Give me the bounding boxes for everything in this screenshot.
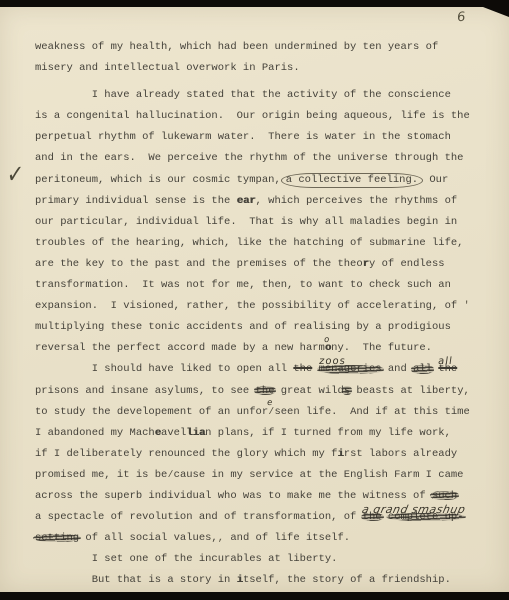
typed-line: I have already stated that the activity … [35, 85, 499, 106]
typed-line: peritoneum, which is our cosmic tympan,a… [35, 170, 499, 191]
typed-segment: beasts at liberty, [350, 385, 470, 397]
typed-line: I set one of the incurables at liberty. [35, 549, 499, 570]
typed-segment: prisons and insane asylums, to see [35, 385, 256, 397]
page-number: 6 [456, 10, 466, 25]
typed-segment: seen life. And if at this time [274, 406, 469, 418]
typed-line: But that is a story in itself, the story… [35, 570, 499, 591]
typed-segment: great wild [274, 385, 343, 397]
typed-line: promised me, it is be∕cause in my servic… [35, 465, 499, 486]
crossed-out-word: setting [35, 532, 79, 544]
typed-segment: y of endless [369, 258, 445, 270]
typed-segment: ear [237, 195, 256, 207]
typed-segment: and [382, 363, 414, 375]
typed-line: a spectacle of revolution and of transfo… [35, 507, 499, 528]
typed-segment: peritoneum, which is our cosmic tympan, [35, 174, 281, 186]
typed-segment: is a congenital hallucination. Our origi… [35, 110, 470, 122]
typed-segment: avel [161, 427, 186, 439]
typed-segment: perpetual rhythm of lukewarm water. Ther… [35, 131, 451, 143]
typed-segment: of all social values, [79, 532, 218, 544]
manuscript-page: 6 weakness of my health, which had been … [0, 7, 509, 592]
typed-segment: across the superb individual who was to … [35, 490, 432, 502]
typed-segment: primary individual sense is the [35, 195, 237, 207]
handwritten-annotation: all [438, 357, 454, 367]
crossed-out-word: the [256, 385, 275, 397]
typed-line: expansion. I visioned, rather, the possi… [35, 296, 499, 317]
typed-segment: n plans, if I turned from my life work, [205, 427, 451, 439]
typed-segment: to study the developement of an unfor [35, 406, 268, 418]
annotated-segment: zoosmenageries [319, 363, 382, 375]
typed-line: transformation. It was not for me, then,… [35, 275, 499, 296]
typed-segment: rst labors already [344, 448, 457, 460]
typed-segment: cause in my service at the English Farm … [174, 469, 464, 481]
typed-segment: , which perceives the rhythms of [256, 195, 458, 207]
paper-corner-cut [483, 7, 509, 17]
photo-background: 6 weakness of my health, which had been … [0, 0, 509, 600]
typed-line: and in the ears. We perceive the rhythm … [35, 148, 499, 169]
circled-phrase: a collective feeling. [281, 173, 423, 188]
typed-segment: reversal the perfect accord made by a ne… [35, 342, 325, 354]
margin-checkmark: ✓ [6, 161, 24, 187]
crossed-out-word: complete up- [388, 511, 464, 523]
typed-segment: troubles of the hearing, which, like the… [35, 237, 463, 249]
typed-segment: weakness of my health, which had been un… [35, 41, 438, 53]
crossed-out-word: all [413, 363, 432, 375]
typed-line: primary individual sense is the ear, whi… [35, 191, 499, 212]
annotated-segment: allthe [438, 363, 457, 375]
typed-segment: lia [186, 427, 205, 439]
typed-segment: expansion. I visioned, rather, the possi… [35, 300, 457, 312]
typed-line: are the key to the past and the premises… [35, 254, 499, 275]
crossed-out-word: such [432, 490, 457, 502]
typed-segment: But that is a story in [35, 574, 237, 586]
typed-segment: I abandoned my Mach [35, 427, 155, 439]
struck-word: the [293, 363, 312, 375]
typed-segment: are the key to the past and the premises… [35, 258, 363, 270]
typed-line: to study the developement of an unfore∕s… [35, 402, 499, 423]
typed-segment: transformation. It was not for me, then,… [35, 279, 451, 291]
typed-line: our particular, individual life. That is… [35, 212, 499, 233]
annotated-segment: a grand smashupcomplete up- [388, 511, 464, 523]
typed-line: setting of all social values,, and of li… [35, 528, 499, 549]
typed-line: troubles of the hearing, which, like the… [35, 233, 499, 254]
typed-line: misery and intellectual overwork in Pari… [35, 58, 499, 79]
typed-line: I should have liked to open all the zoos… [35, 359, 499, 380]
typed-segment: and of life itself. [224, 532, 350, 544]
crossed-out-word: s [344, 385, 350, 397]
typed-line: perpetual rhythm of lukewarm water. Ther… [35, 127, 499, 148]
typed-line: I abandoned my Macheavellian plans, if I… [35, 423, 499, 444]
typed-segment: I set one of the incurables at liberty. [35, 553, 337, 565]
typed-segment: Our [423, 174, 448, 186]
typed-segment: and in the ears. We perceive the rhythm … [35, 152, 463, 164]
typed-line: weakness of my health, which had been un… [35, 37, 499, 58]
typed-segment: promised me, it is be [35, 469, 167, 481]
typed-line: is a congenital hallucination. Our origi… [35, 106, 499, 127]
typed-line: multiplying these tonic accidents and of… [35, 317, 499, 338]
typed-segment: a spectacle of revolution and of transfo… [35, 511, 363, 523]
annotated-segment: e∕ [268, 406, 274, 418]
typed-segment: ny. The future. [331, 342, 432, 354]
typed-segment: I should have liked to open all [35, 363, 293, 375]
typed-segment: if I deliberately renounced the glory wh… [35, 448, 337, 460]
crossed-out-word: menageries [319, 363, 382, 375]
typed-segment: tself, the story of a friendship. [243, 574, 451, 586]
typed-segment: our particular, individual life. That is… [35, 216, 457, 228]
typed-line: if I deliberately renounced the glory wh… [35, 444, 499, 465]
typed-text: weakness of my health, which had been un… [35, 37, 499, 591]
typed-line: reversal the perfect accord made by a ne… [35, 338, 499, 359]
typed-segment: I have already stated that the activity … [35, 89, 451, 101]
typed-segment: multiplying these tonic accidents and of… [35, 321, 451, 333]
typed-segment: ' [457, 300, 470, 312]
annotated-segment: oo [325, 342, 331, 354]
typed-segment: misery and intellectual overwork in Pari… [35, 62, 300, 74]
